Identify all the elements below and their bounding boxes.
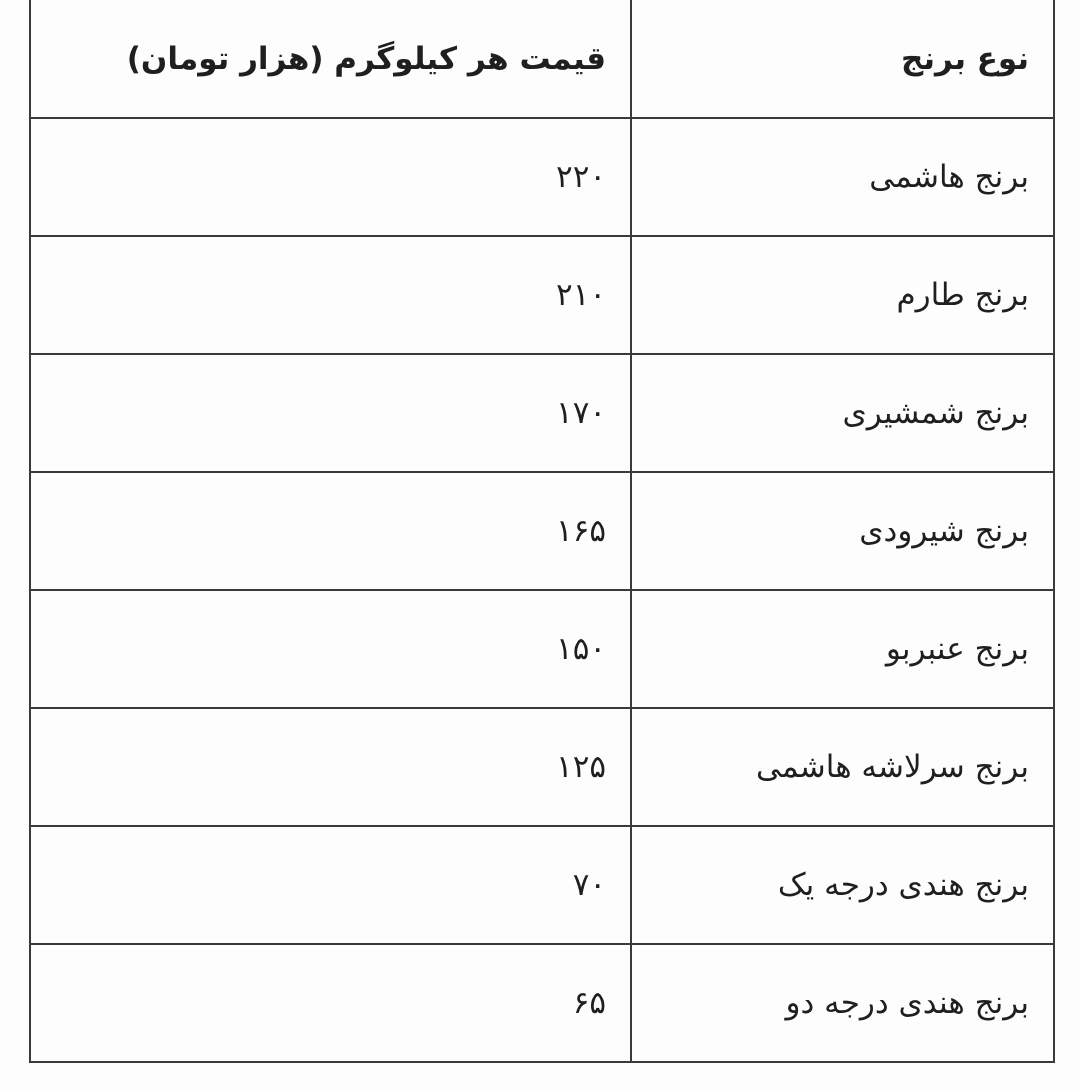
rice-type-cell: برنج شمشیری <box>631 354 1054 472</box>
price-cell: ۱۲۵ <box>30 708 631 826</box>
table-row: برنج شیرودی۱۶۵ <box>30 472 1054 590</box>
table-row: برنج طارم۲۱۰ <box>30 236 1054 354</box>
rice-type-cell: برنج شیرودی <box>631 472 1054 590</box>
price-cell: ۱۷۰ <box>30 354 631 472</box>
table-row: برنج شمشیری۱۷۰ <box>30 354 1054 472</box>
rice-type-cell: برنج سرلاشه هاشمی <box>631 708 1054 826</box>
table-row: برنج عنبربو۱۵۰ <box>30 590 1054 708</box>
table-row: برنج هندی درجه یک۷۰ <box>30 826 1054 944</box>
rice-type-cell: برنج هندی درجه دو <box>631 944 1054 1062</box>
rice-type-cell: برنج طارم <box>631 236 1054 354</box>
rice-price-table: نوع برنج قیمت هر کیلوگرم (هزار تومان) بر… <box>29 0 1055 1063</box>
table-row: برنج سرلاشه هاشمی۱۲۵ <box>30 708 1054 826</box>
header-row: نوع برنج قیمت هر کیلوگرم (هزار تومان) <box>30 0 1054 118</box>
rice-type-cell: برنج هندی درجه یک <box>631 826 1054 944</box>
table-row: برنج هاشمی۲۲۰ <box>30 118 1054 236</box>
table-header: نوع برنج قیمت هر کیلوگرم (هزار تومان) <box>30 0 1054 118</box>
price-cell: ۱۶۵ <box>30 472 631 590</box>
header-price-per-kg: قیمت هر کیلوگرم (هزار تومان) <box>30 0 631 118</box>
price-cell: ۲۱۰ <box>30 236 631 354</box>
rice-type-cell: برنج هاشمی <box>631 118 1054 236</box>
rice-type-cell: برنج عنبربو <box>631 590 1054 708</box>
rice-table-body: برنج هاشمی۲۲۰برنج طارم۲۱۰برنج شمشیری۱۷۰ب… <box>30 118 1054 1062</box>
price-cell: ۱۵۰ <box>30 590 631 708</box>
price-cell: ۶۵ <box>30 944 631 1062</box>
price-cell: ۲۲۰ <box>30 118 631 236</box>
table-row: برنج هندی درجه دو۶۵ <box>30 944 1054 1062</box>
page: نوع برنج قیمت هر کیلوگرم (هزار تومان) بر… <box>0 0 1080 1091</box>
header-rice-type: نوع برنج <box>631 0 1054 118</box>
price-cell: ۷۰ <box>30 826 631 944</box>
